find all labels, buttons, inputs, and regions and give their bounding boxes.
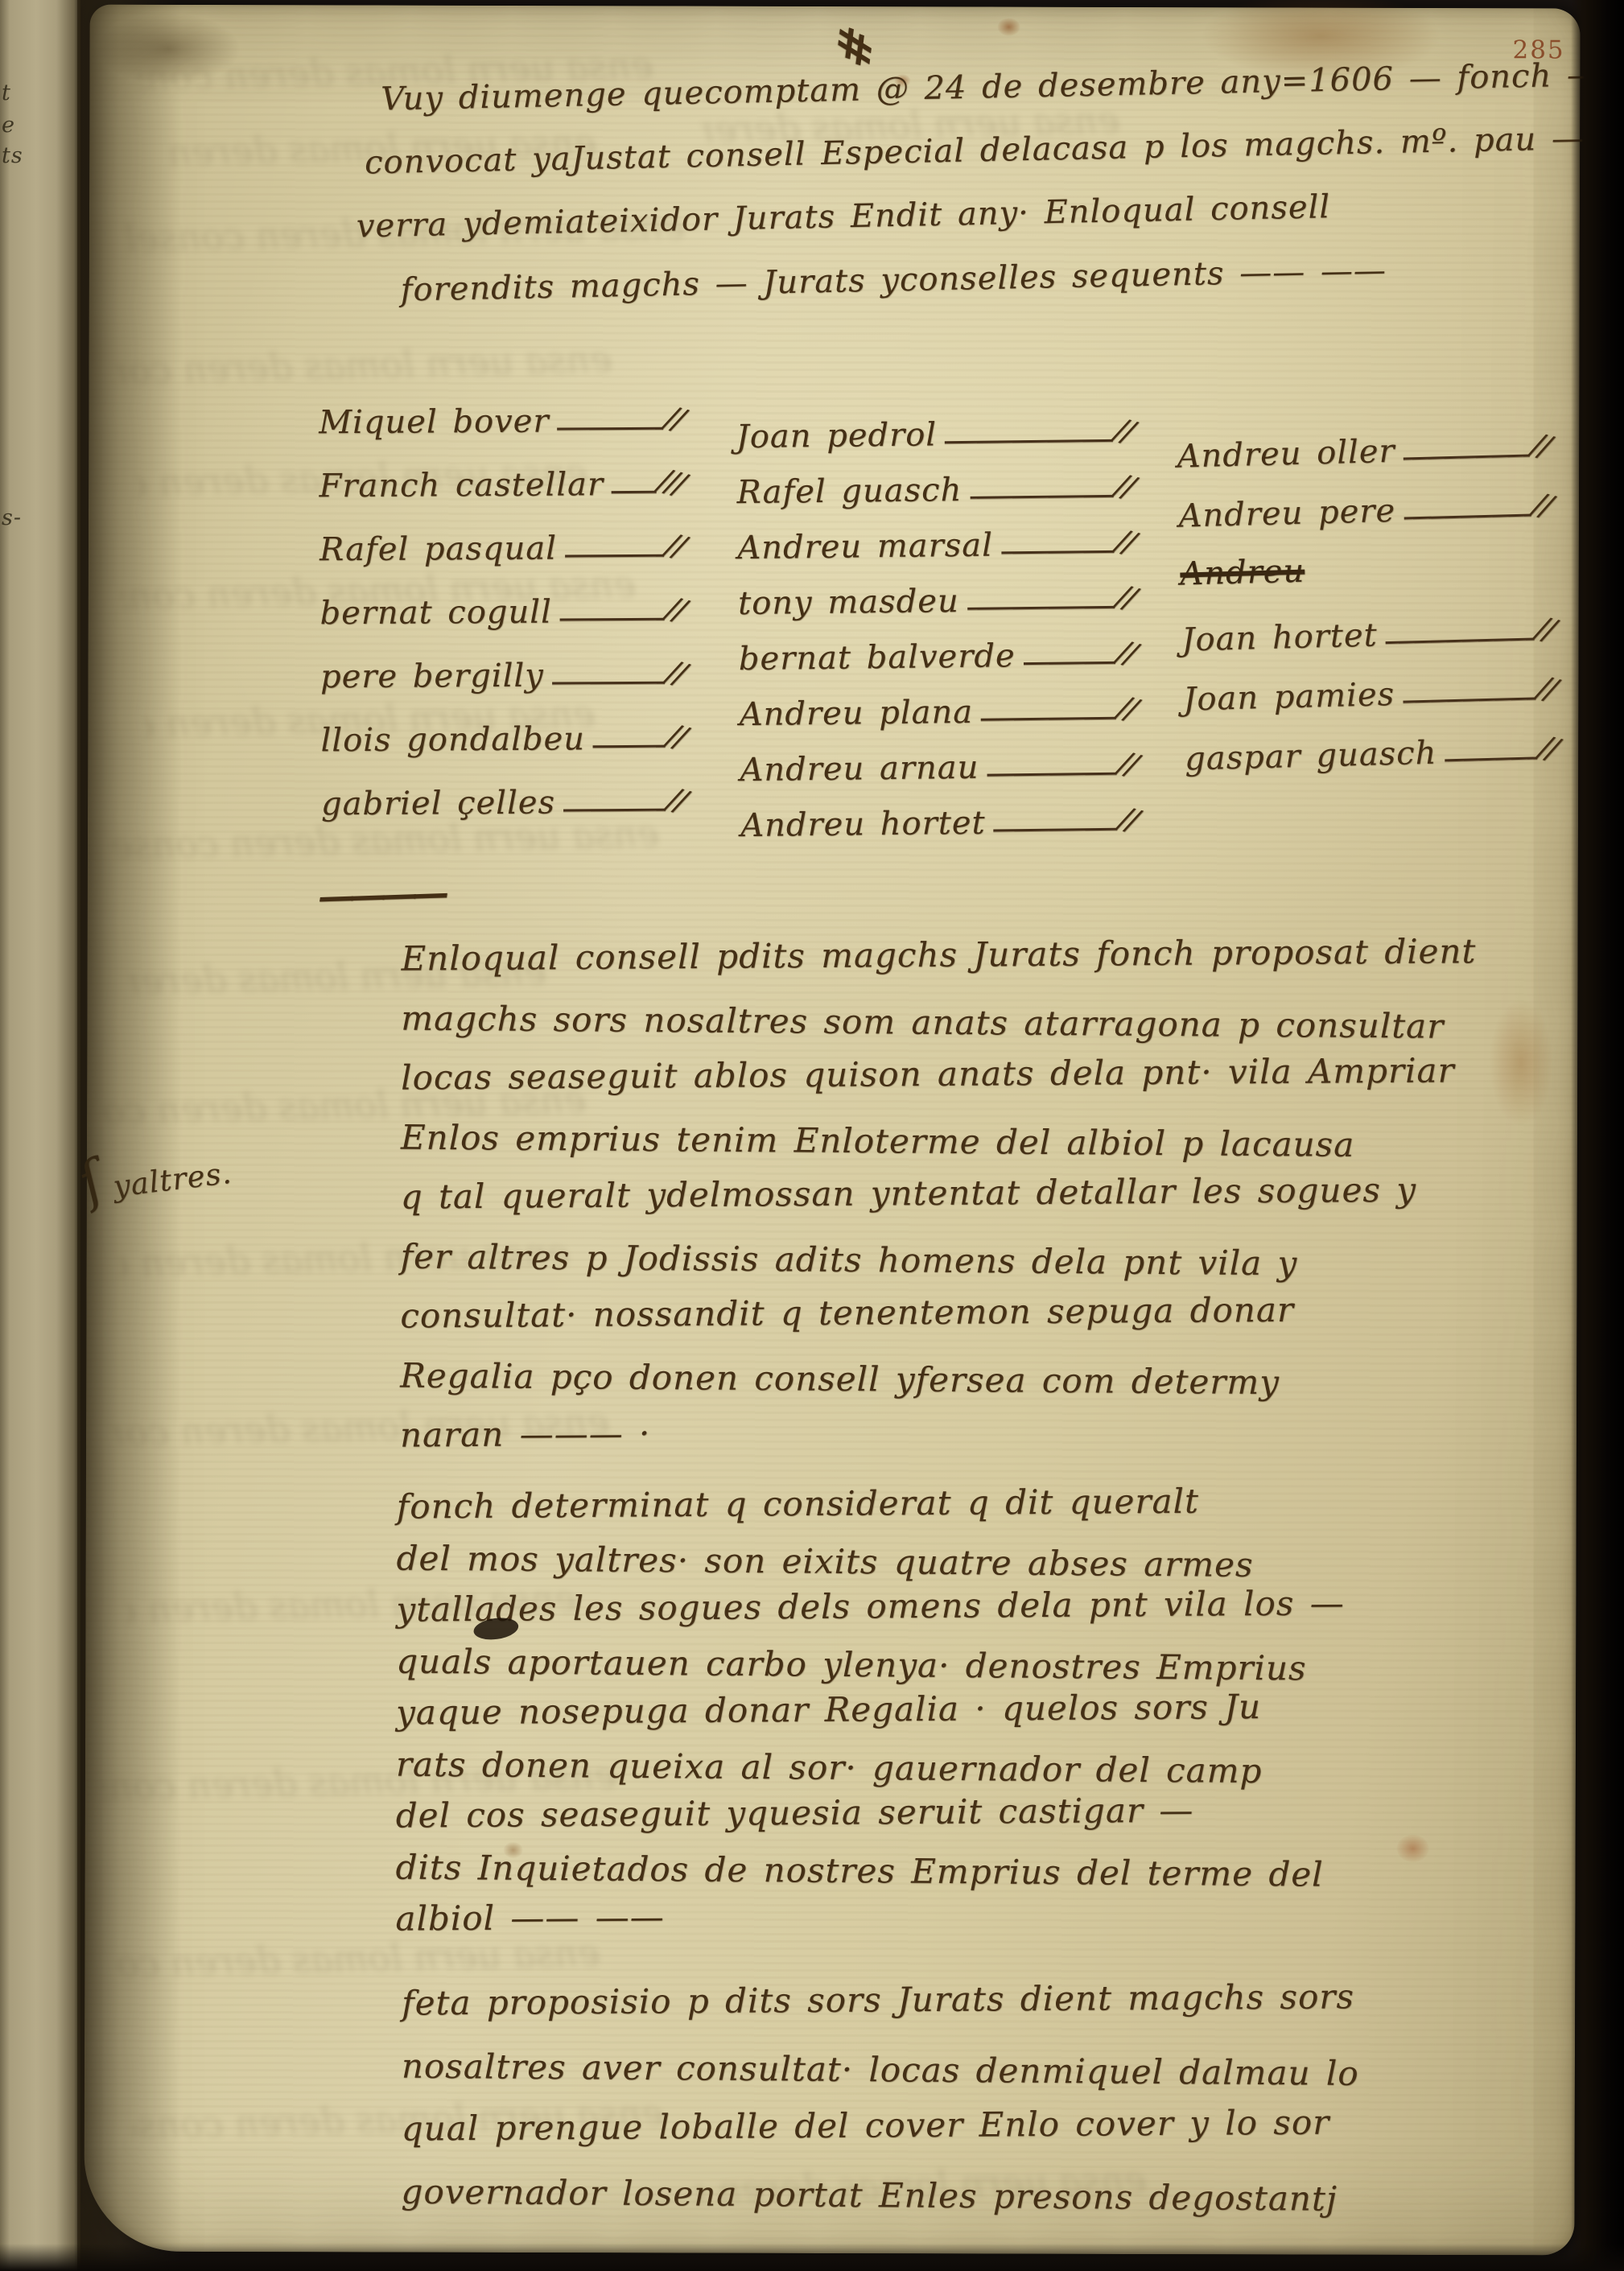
member-row: bernat balverde// [739,635,1136,678]
tally-line [1001,550,1115,554]
tally-marks: // [664,653,689,692]
member-row: gabriel çelles// [321,782,685,823]
tally-line [1403,514,1531,520]
member-name: Andreu plana [739,694,973,733]
member-row: Andreu plana// [739,690,1136,734]
scan-black-border [1571,0,1624,2271]
tally-marks: // [665,781,690,819]
member-name: tony masdeu [738,583,959,622]
member-name: bernat balverde [739,637,1016,678]
margin-note: ſyaltres. [77,1134,234,1214]
council-members-column-1: Miquel bover// Franch castellar/// Rafel… [319,401,685,848]
resolution-paragraph: fonch determinat q considerat q dit quer… [395,1482,1540,1948]
tally-line [987,773,1117,777]
bleed-through-smudge [113,337,612,393]
edge-text-fragment: s- [2,505,22,530]
text-line: yaque nosepuga donar Regalia · quelos so… [396,1680,1539,1739]
tally-line [552,682,666,685]
member-row: Andreu arnau// [740,746,1136,789]
tally-line [1024,662,1116,665]
text-line: del cos seaseguit yquesia seruit castiga… [396,1783,1539,1842]
council-members-column-2: Joan pedrol// Rafel guasch// Andreu mars… [736,413,1136,862]
tally-marks: // [1116,800,1141,839]
manuscript-scan: t e ts s- 285 # [0,0,1624,2271]
tally-marks: // [1529,426,1553,464]
member-row: Joan pamies// [1183,670,1556,719]
member-name: llois gondalbeu [320,720,585,759]
member-row: tony masdeu// [738,579,1135,623]
tally-line [1386,637,1535,644]
member-row: Andreu oller// [1177,427,1549,476]
member-name: Joan pedrol [736,416,938,455]
member-name: Andreu marsal [737,527,993,567]
tally-line [1403,697,1536,703]
member-name: Andreu hortet [740,805,986,844]
tally-marks: // [1115,633,1140,672]
member-name: Rafel guasch [736,472,962,511]
member-name: Andreu oller [1177,433,1395,476]
tally-marks: // [1112,467,1137,505]
text-line: locas seaseguit ablos quison anats dela … [401,1041,1544,1108]
member-name: Joan hortet [1181,616,1378,658]
member-row: Andreu pere// [1178,487,1551,535]
text-line: fonch determinat q considerat q dit quer… [397,1473,1540,1533]
member-row: llois gondalbeu// [320,719,684,760]
member-name: bernat cogull [319,594,552,633]
tally-line [967,606,1115,610]
member-row: Joan pedrol// [736,413,1132,456]
tally-marks: // [1535,669,1559,707]
text-line: q tal queralt ydelmossan yntentat detall… [401,1160,1544,1227]
member-name: gabriel çelles [321,785,555,823]
text-line: consultat· nossandit q tenentemon sepuga… [400,1279,1543,1346]
tally-marks: // [1115,689,1140,727]
previous-page-edge: t e ts s- [0,0,80,2271]
ink-stain [96,13,241,85]
edge-text-fragment: ts [2,143,23,168]
member-row: Rafel guasch// [736,468,1133,512]
tally-line [981,717,1116,721]
member-row: Rafel pasqual// [319,528,683,569]
edge-text-fragment: t [2,80,11,105]
margin-note-text: yaltres. [111,1156,233,1204]
tally-line [563,809,666,812]
member-name: Andreu arnau [740,749,979,789]
tally-marks: // [1114,578,1139,616]
tally-marks: // [664,717,689,756]
text-line: qual prengue loballe del cover Enlo cove… [401,2090,1544,2161]
tally-marks: // [663,526,688,565]
member-row: Miquel bover// [319,401,682,442]
tally-marks: // [1113,522,1138,561]
member-row-struck-through: Andreu [1180,546,1552,593]
member-row: bernat cogull// [319,591,683,633]
tally-marks: // [1536,728,1560,767]
tally-line [1445,756,1537,761]
member-row: Andreu marsal// [737,524,1134,567]
second-proposal-paragraph: feta proposisio p dits sors Jurats dient… [401,1972,1544,2227]
edge-text-fragment: e [2,113,15,138]
scan-bottom-shadow [0,2244,1624,2271]
tally-line [560,618,665,621]
tally-line [612,491,656,493]
member-row: pere bergilly// [320,655,684,696]
tally-line [558,427,664,431]
ink-stain [998,19,1020,36]
text-line: albiol —— —— [395,1886,1538,1945]
member-row: gaspar guasch// [1185,730,1557,778]
member-row: Joan hortet// [1181,611,1554,659]
tally-line [970,495,1114,499]
tally-line [1403,455,1530,460]
manuscript-page: 285 # Vuy diumenge quecomptam @ 24 de de… [84,5,1580,2256]
member-name: Franch castellar [319,466,604,505]
member-name: pere bergilly [320,657,544,696]
member-name: Andreu [1180,553,1305,593]
tally-marks: // [1112,411,1137,450]
member-row: Franch castellar/// [319,464,682,505]
tally-line [994,828,1118,832]
member-name: Rafel pasqual [319,530,557,569]
council-members-column-3: Andreu oller// Andreu pere// Andreu Joan… [1177,427,1557,799]
text-line: ytallades les sogues dels omens dela pnt… [396,1577,1539,1636]
tally-line [945,439,1113,443]
member-name: Miquel bover [319,403,550,442]
tally-marks: // [663,590,688,629]
proposal-paragraph: Enloqual consell pdits magchs Jurats fon… [400,929,1544,1469]
text-line: governador losena portat Enles presons d… [401,2161,1544,2232]
member-name: gaspar guasch [1185,735,1437,778]
member-name: Joan pamies [1183,676,1395,719]
separator-dash: ———— [317,871,444,918]
tally-line [565,554,665,558]
tally-marks: // [662,399,687,438]
member-name: Andreu pere [1178,493,1396,535]
member-row: Andreu hortet// [740,802,1137,845]
session-heading: Vuy diumenge quecomptam @ 24 de desembre… [381,68,1564,326]
text-line: Enloqual consell pdits magchs Jurats fon… [401,921,1544,989]
tally-marks: // [1533,609,1557,648]
tally-marks: /// [655,461,687,501]
text-line: naran ——— · [400,1398,1543,1465]
tally-line [593,745,666,748]
tally-marks: // [1531,485,1555,524]
tally-marks: // [1115,744,1140,783]
text-line: feta proposisio p dits sors Jurats dient… [402,1964,1545,2035]
